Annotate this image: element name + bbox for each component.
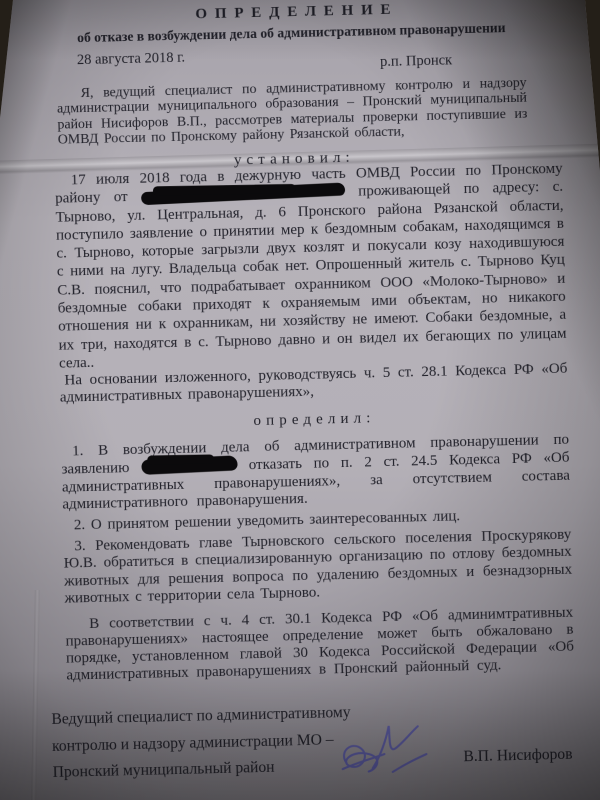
decision-item-3: 3. Рекомендовать главе Тырновского сельс… xyxy=(63,527,572,608)
appeal-paragraph: В соответствии с ч. 4 ст. 30.1 Кодекса Р… xyxy=(65,605,574,685)
paper-sheet: ОПРЕДЕЛЕНИЕ об отказе в возбуждении дела… xyxy=(0,0,600,800)
facts-paragraph: 17 июля 2018 года в дежурную часть ОМВД … xyxy=(55,160,568,373)
redaction-mark xyxy=(141,183,345,206)
document-content: ОПРЕДЕЛЕНИЕ об отказе в возбуждении дела… xyxy=(0,0,600,800)
redaction-mark xyxy=(141,456,238,476)
document-photo: ОПРЕДЕЛЕНИЕ об отказе в возбуждении дела… xyxy=(0,0,600,800)
signatory-name: В.П. Нисифоров xyxy=(463,746,572,767)
item1-text-after: отказать по п. 2 ст. 24.5 Кодекса РФ «Об… xyxy=(62,450,570,512)
document-date: 28 августа 2018 г. xyxy=(77,50,186,70)
intro-paragraph: Я, ведущий специалист по административно… xyxy=(57,76,528,149)
facts-text-after: проживающей по адресу: с. Тырново, ул. Ц… xyxy=(55,179,566,372)
handwritten-signature xyxy=(329,709,441,790)
document-header: ОПРЕДЕЛЕНИЕ об отказе в возбуждении дела… xyxy=(0,0,594,175)
document-place: р.п. Пронск xyxy=(380,52,452,71)
section-heading-opredelil: определил: xyxy=(60,406,568,435)
document-body: 17 июля 2018 года в дежурную часть ОМВД … xyxy=(55,160,575,685)
decision-item-1: 1. В возбуждении дела об административно… xyxy=(61,432,571,514)
